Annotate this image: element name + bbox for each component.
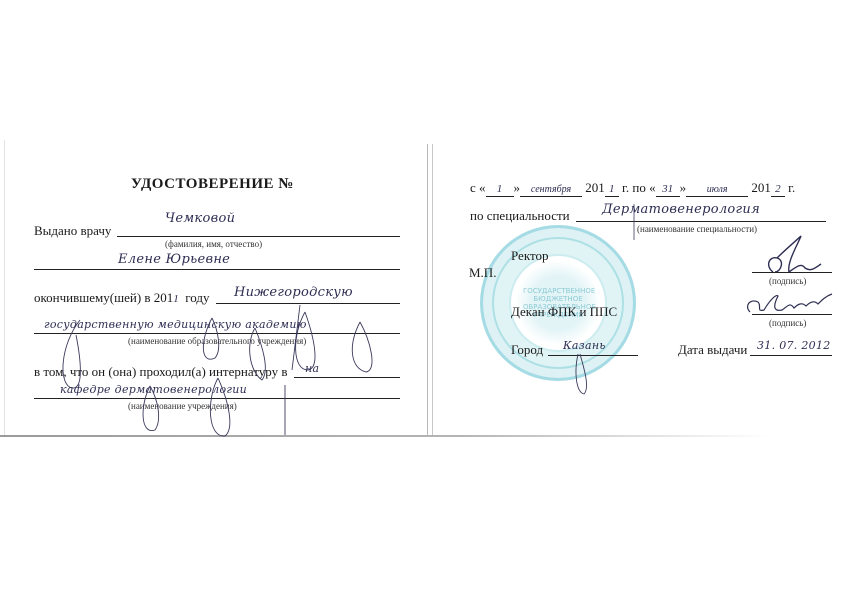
city-value: Казань — [563, 339, 606, 352]
specialty-label: по специальности — [470, 208, 570, 224]
to-day: 31 — [662, 183, 673, 195]
from-year-digit: 1 — [609, 183, 615, 195]
from-day: 1 — [497, 183, 503, 195]
issued-label: Выдано врачу — [34, 223, 111, 239]
name-value: Елене Юрьевне — [118, 252, 230, 267]
to-year-prefix: 201 — [751, 180, 771, 195]
issue-date-value: 31. 07. 2012 — [757, 339, 831, 352]
specialty-caption: (наименование специальности) — [637, 224, 757, 234]
period-row: с «1»сентября 2011 г. по «31»июля 2012 г… — [470, 180, 795, 197]
specialty-handwriting-stroke — [630, 202, 638, 242]
name-line — [34, 269, 400, 270]
certificate-title: УДОСТОВЕРЕНИЕ № — [131, 176, 294, 193]
issue-date-label: Дата выдачи — [678, 342, 747, 358]
year-suffix: г. — [788, 180, 795, 195]
from-year-prefix: 201 — [585, 180, 605, 195]
from-month: сентября — [531, 184, 571, 195]
to-year-digit: 2 — [775, 183, 781, 195]
seal-label: М.П. — [469, 265, 496, 281]
to-prefix: г. по « — [622, 180, 656, 195]
from-prefix: с « — [470, 180, 486, 195]
city-label: Город — [511, 342, 543, 358]
dean-label: Декан ФПК и ППС — [511, 304, 617, 320]
rector-signature-line — [752, 272, 832, 273]
to-month: июля — [707, 184, 728, 195]
city-handwriting-loop — [572, 352, 592, 398]
fio-caption: (фамилия, имя, отчество) — [165, 239, 262, 249]
surname-line — [117, 236, 400, 237]
rector-label: Ректор — [511, 248, 548, 264]
specialty-line — [576, 221, 826, 222]
dean-signature-caption: (подпись) — [769, 318, 806, 328]
city-line — [548, 355, 638, 356]
official-stamp: ГОСУДАРСТВЕННОЕ БЮДЖЕТНОЕ ОБРАЗОВАТЕЛЬНО… — [480, 225, 636, 381]
surname-value: Чемковой — [165, 211, 235, 226]
rector-signature-caption: (подпись) — [769, 276, 806, 286]
specialty-value: Дерматовенерология — [602, 202, 760, 217]
dean-signature-line — [752, 314, 832, 315]
handwriting-loops — [30, 300, 410, 440]
institution-value-1: Нижегородскую — [234, 285, 353, 300]
issue-date-line — [750, 355, 832, 356]
